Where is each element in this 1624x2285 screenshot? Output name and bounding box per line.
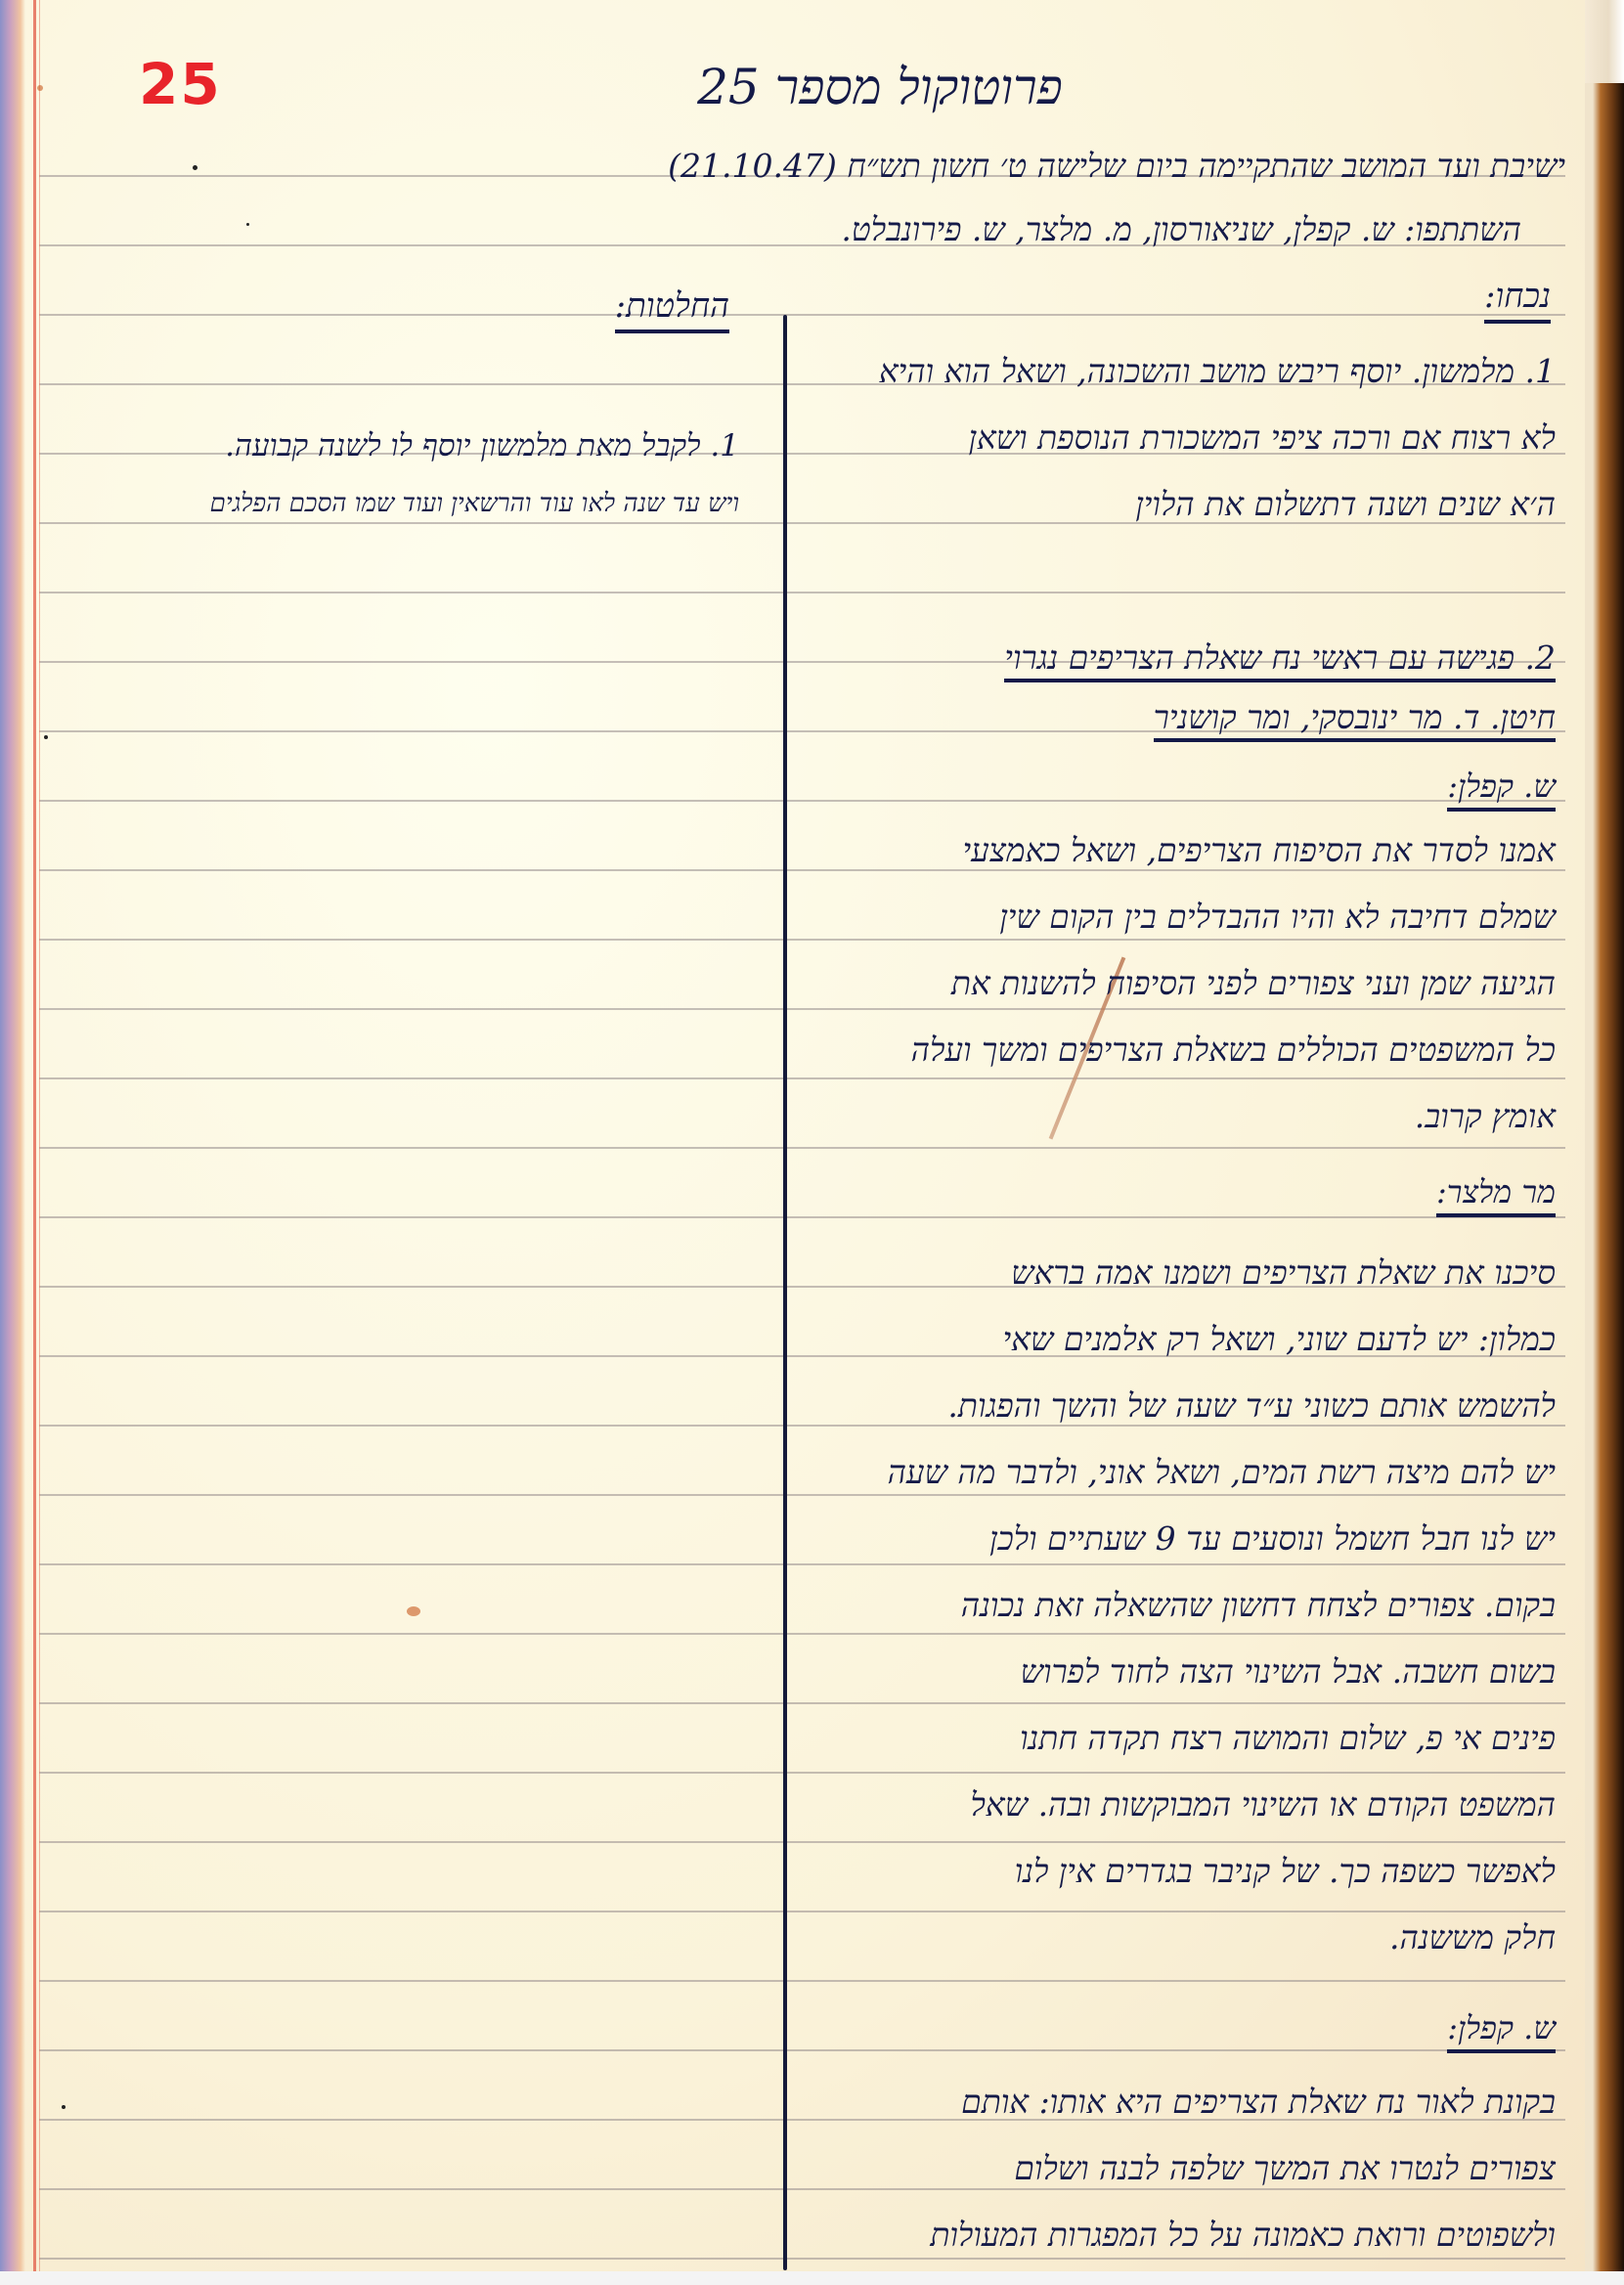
discussion-line: בקונת לאור נח שאלת הצריפים היא אותו: אות…: [961, 2083, 1556, 2122]
discussion-line: להשמש אותם כשוני ע״ד שעה של והשך והפגות.: [947, 1386, 1556, 1426]
page-number: 25: [139, 51, 222, 117]
ink-speck: [246, 223, 249, 226]
discussion-line: המשפט הקודם או השינוי המבוקשות ובה. שאל: [970, 1785, 1556, 1824]
margin-line-secondary: [39, 0, 40, 2285]
discussion-line: בקום. צפורים לצחח דחשון שהשאלה זאת נכונה: [961, 1586, 1556, 1625]
stain: [407, 1606, 420, 1616]
discussion-line: שמלם דחיבה לא והיו ההבדלים בין הקום שין: [999, 898, 1556, 937]
speaker-label: ש. קפלן:: [1447, 768, 1556, 805]
discussion-line: יש לנו חבל חשמל ונוסעים עד 9 שעתיים ולכן: [989, 1519, 1556, 1559]
discussion-line: יש להם מיצה רשת המים, ושאל אוני, ולדבר מ…: [888, 1453, 1556, 1492]
discussion-line: ה׳א שנים ושנה דתשלום את הלוין: [1135, 485, 1556, 524]
discussion-line: הגיעה שמן ועני צפורים לפני הסיפוח להשנות…: [951, 964, 1556, 1003]
discussion-line: סיכנו את שאלת הצריפים ושמנו אמה בראש: [1011, 1253, 1556, 1293]
discussion-line: לאפשר כשפה כך. של קניבר בגדרים אין לנו: [1015, 1852, 1556, 1891]
discussion-line: חלק מששנה.: [1389, 1918, 1556, 1957]
decision-line: 1. לקבל מאת מלמשון יוסף לו לשנה קבועה.: [225, 428, 739, 463]
decision-line: ויש עד שנה לאו עוד והרשאין ועוד שמו הסכם…: [210, 489, 739, 518]
page-title: פרוטוקול מספר 25: [587, 59, 1173, 115]
binding-edge: [1585, 0, 1624, 2285]
ink-speck: [193, 165, 198, 170]
discussion-line: כמלון: יש לדעם שוני, ושאל רק אלמנים שאי: [1003, 1320, 1556, 1359]
stain: [37, 85, 43, 91]
agenda-item-title: 2. פגישה עם ראשי נח שאלת הצריפים נגרוי: [1004, 638, 1556, 678]
page-left-edge: [0, 0, 25, 2285]
decisions-heading: החלטות:: [615, 286, 729, 333]
discussion-line: בשום חשבה. אבל השינוי הצה לחוד לפרוש: [1021, 1652, 1556, 1692]
discussion-line: לא רצוח אם ורכה ציפי המשכורת הנוספת ושאן: [969, 418, 1556, 458]
discussion-line: אומץ קרוב.: [1415, 1097, 1556, 1136]
discussion-line: פינים אי פ, שלום והמושה רצח תקדה חתנו: [1020, 1719, 1556, 1758]
ink-speck: [62, 2105, 66, 2109]
discussion-line: צפורים לנטרו את המשך שלפה לבנה ושלום: [1014, 2149, 1556, 2188]
ink-speck: [44, 735, 48, 739]
notebook-page: 25 פרוטוקול מספר 25 ישיבת ועד המושב שהתק…: [0, 0, 1624, 2285]
margin-line: [33, 0, 36, 2285]
speaker-label: מר מלצר:: [1436, 1173, 1556, 1210]
discussion-line: 1. מלמשון. יוסף ריבש מושב והשכונה, ושאל …: [879, 352, 1556, 391]
discussion-line: כל המשפטים הכוללים בשאלת הצריפים ומשך וע…: [911, 1031, 1556, 1070]
scan-border: [0, 2271, 1624, 2285]
column-divider: [783, 315, 787, 2270]
speaker-label: ש. קפלן:: [1447, 2009, 1556, 2046]
attendees-line: השתתפו: ש. קפלן, שניאורסון, מ. מלצר, ש. …: [641, 210, 1521, 249]
title-text: פרוטוקול מספר 25: [697, 59, 1063, 115]
discussion-line: אמנו לסדר את הסיפוח הצריפים, ושאל כאמצעי: [962, 831, 1556, 870]
meeting-header-line: ישיבת ועד המושב שהתקיימה ביום שלישה ט׳ ח…: [441, 147, 1565, 186]
discussion-line: ולשפוטים ורואת כאמונה על כל המפגרות המעו…: [930, 2216, 1556, 2255]
agenda-item-title: חיטן. ד. מר ינובסקי, ומר קושניר: [1154, 698, 1556, 737]
present-heading: נכחו:: [1484, 277, 1551, 324]
